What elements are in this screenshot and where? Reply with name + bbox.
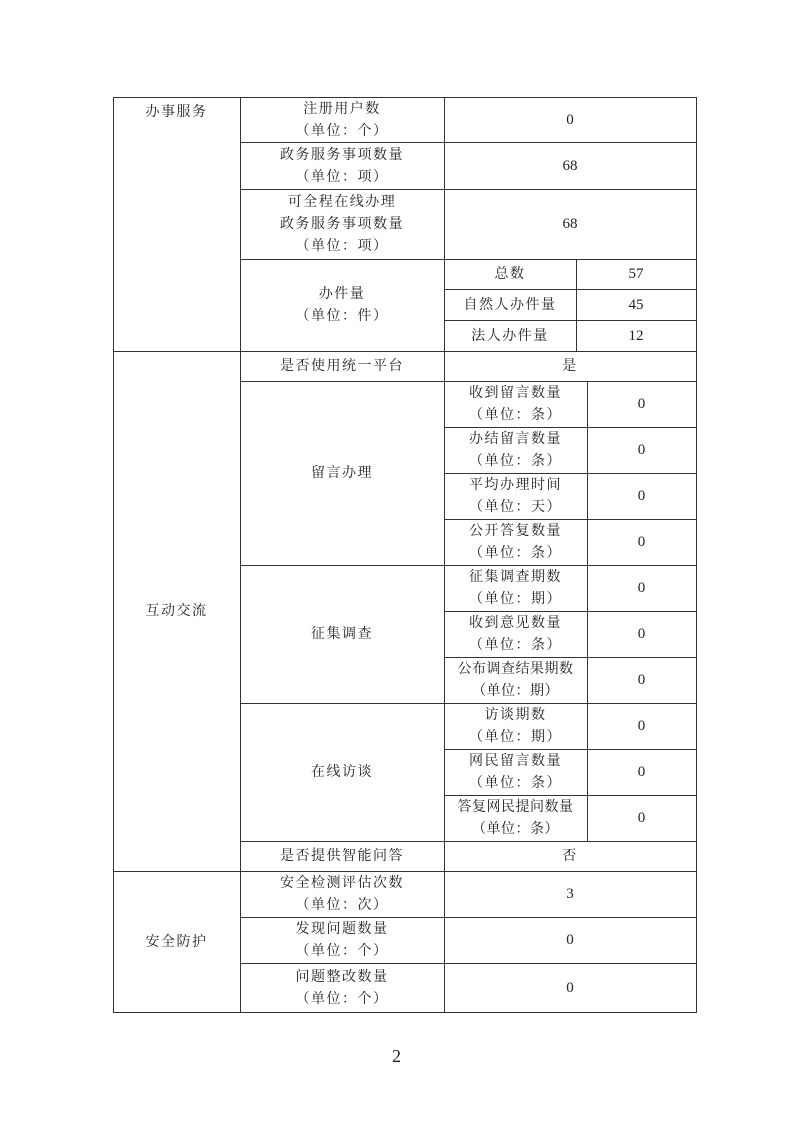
unit-text: （单位：条） [469, 634, 562, 656]
value-text: 0 [638, 623, 646, 645]
value-text: 0 [638, 669, 646, 691]
unit-text: （单位：条） [469, 404, 562, 426]
label-text: 政务服务事项数量 [280, 144, 404, 166]
unit-text: （单位：条） [469, 542, 562, 564]
metric-value: 否 [444, 841, 696, 871]
sub-metric-label: 公布调查结果期数 （单位：期） [444, 657, 587, 703]
label-text: 法人办件量 [471, 325, 549, 347]
sub-metric-label: 总数 [444, 259, 576, 289]
metric-label: 注册用户数 （单位：个） [240, 97, 444, 142]
label-text: 可全程在线办理 [288, 191, 397, 213]
sub-metric-value: 0 [587, 611, 696, 657]
value-text: 0 [638, 439, 646, 461]
value-text: 0 [566, 929, 574, 951]
value-text: 0 [566, 109, 574, 131]
value-text: 68 [563, 155, 578, 177]
value-text: 0 [638, 485, 646, 507]
value-text: 0 [638, 807, 646, 829]
sub-metric-label: 答复网民提问数量 （单位：条） [444, 795, 587, 841]
unit-text: （单位：条） [469, 772, 562, 794]
metric-group-label: 征集调查 [240, 565, 444, 703]
metric-label: 发现问题数量 （单位：个） [240, 917, 444, 963]
value-text: 0 [638, 531, 646, 553]
sub-metric-label: 平均办理时间 （单位：天） [444, 473, 587, 519]
sub-metric-label: 访谈期数 （单位：期） [444, 703, 587, 749]
metric-group-label: 留言办理 [240, 381, 444, 565]
value-text: 否 [562, 845, 578, 867]
unit-text: （单位：个） [296, 988, 389, 1010]
sub-metric-value: 0 [587, 703, 696, 749]
sub-metric-value: 0 [587, 795, 696, 841]
label-text: 问题整改数量 [296, 966, 389, 988]
label-text: 征集调查 [311, 623, 373, 645]
sub-metric-label: 征集调查期数 （单位：期） [444, 565, 587, 611]
metric-label: 是否提供智能问答 [240, 841, 444, 871]
sub-metric-value: 12 [576, 320, 696, 351]
label-text: 安全检测评估次数 [280, 872, 404, 894]
value-text: 0 [638, 577, 646, 599]
value-text: 0 [638, 715, 646, 737]
table-border-right [696, 97, 697, 1013]
label-text: 办结留言数量 [469, 428, 562, 450]
metric-value: 0 [444, 97, 696, 142]
label-text: 在线访谈 [311, 761, 373, 783]
label-text: 平均办理时间 [469, 474, 562, 496]
sub-metric-value: 0 [587, 519, 696, 565]
sub-metric-label: 自然人办件量 [444, 289, 576, 320]
label-text: 发现问题数量 [296, 918, 389, 940]
metric-label: 安全检测评估次数 （单位：次） [240, 871, 444, 917]
unit-text: （单位：个） [296, 940, 389, 962]
metric-label: 问题整改数量 （单位：个） [240, 963, 444, 1012]
sub-metric-label: 收到留言数量 （单位：条） [444, 381, 587, 427]
value-text: 12 [629, 325, 644, 347]
value-text: 57 [629, 263, 644, 285]
section-title-interaction: 互动交流 [113, 351, 240, 871]
label-text: 政务服务事项数量 [280, 213, 404, 235]
label-text: 是否提供智能问答 [280, 845, 404, 867]
page-number: 2 [0, 1046, 793, 1067]
sub-metric-value: 45 [576, 289, 696, 320]
label-text: 注册用户数 [303, 98, 381, 120]
metric-group-label: 办件量 （单位：件） [240, 259, 444, 351]
metric-value: 0 [444, 963, 696, 1012]
metric-value: 68 [444, 142, 696, 189]
label-text: 收到意见数量 [469, 612, 562, 634]
unit-text: （单位：个） [296, 120, 389, 142]
section-title-text: 办事服务 [146, 101, 208, 123]
metric-value: 3 [444, 871, 696, 917]
sub-metric-value: 0 [587, 381, 696, 427]
label-text: 访谈期数 [485, 704, 547, 726]
section-title-text: 互动交流 [146, 600, 208, 622]
unit-text: （单位：件） [296, 305, 389, 327]
unit-text: （单位：条） [472, 818, 559, 840]
value-text: 0 [638, 393, 646, 415]
label-text: 自然人办件量 [464, 294, 557, 316]
value-text: 3 [566, 883, 574, 905]
unit-text: （单位：天） [469, 496, 562, 518]
label-text: 公布调查结果期数 [458, 658, 574, 680]
unit-text: （单位：期） [469, 588, 562, 610]
sub-metric-value: 57 [576, 259, 696, 289]
sub-metric-label: 收到意见数量 （单位：条） [444, 611, 587, 657]
section-title-text: 安全防护 [146, 931, 208, 953]
unit-text: （单位：期） [469, 726, 562, 748]
label-text: 网民留言数量 [469, 750, 562, 772]
label-text: 公开答复数量 [469, 520, 562, 542]
metric-label: 可全程在线办理 政务服务事项数量 （单位：项） [240, 189, 444, 259]
sub-metric-label: 网民留言数量 （单位：条） [444, 749, 587, 795]
metric-value: 68 [444, 189, 696, 259]
sub-metric-value: 0 [587, 749, 696, 795]
sub-metric-value: 0 [587, 427, 696, 473]
value-text: 0 [638, 761, 646, 783]
label-text: 征集调查期数 [469, 566, 562, 588]
value-text: 0 [566, 977, 574, 999]
sub-metric-label: 办结留言数量 （单位：条） [444, 427, 587, 473]
unit-text: （单位：项） [296, 235, 389, 257]
metric-value: 0 [444, 917, 696, 963]
sub-metric-value: 0 [587, 473, 696, 519]
value-text: 45 [629, 294, 644, 316]
unit-text: （单位：期） [472, 680, 559, 702]
label-text: 办件量 [319, 283, 366, 305]
label-text: 是否使用统一平台 [280, 355, 404, 377]
metric-group-label: 在线访谈 [240, 703, 444, 841]
label-text: 答复网民提问数量 [458, 796, 574, 818]
unit-text: （单位：项） [296, 166, 389, 188]
metric-label: 政务服务事项数量 （单位：项） [240, 142, 444, 189]
sub-metric-label: 公开答复数量 （单位：条） [444, 519, 587, 565]
label-text: 留言办理 [311, 462, 373, 484]
label-text: 总数 [495, 263, 526, 285]
unit-text: （单位：次） [296, 894, 389, 916]
metric-label: 是否使用统一平台 [240, 351, 444, 381]
metric-value: 是 [444, 351, 696, 381]
table-border-bottom [113, 1012, 697, 1013]
value-text: 68 [563, 213, 578, 235]
section-title-service: 办事服务 [113, 97, 240, 351]
label-text: 收到留言数量 [469, 382, 562, 404]
sub-metric-value: 0 [587, 565, 696, 611]
value-text: 是 [562, 355, 578, 377]
sub-metric-label: 法人办件量 [444, 320, 576, 351]
sub-metric-value: 0 [587, 657, 696, 703]
section-title-security: 安全防护 [113, 871, 240, 1012]
unit-text: （单位：条） [469, 450, 562, 472]
